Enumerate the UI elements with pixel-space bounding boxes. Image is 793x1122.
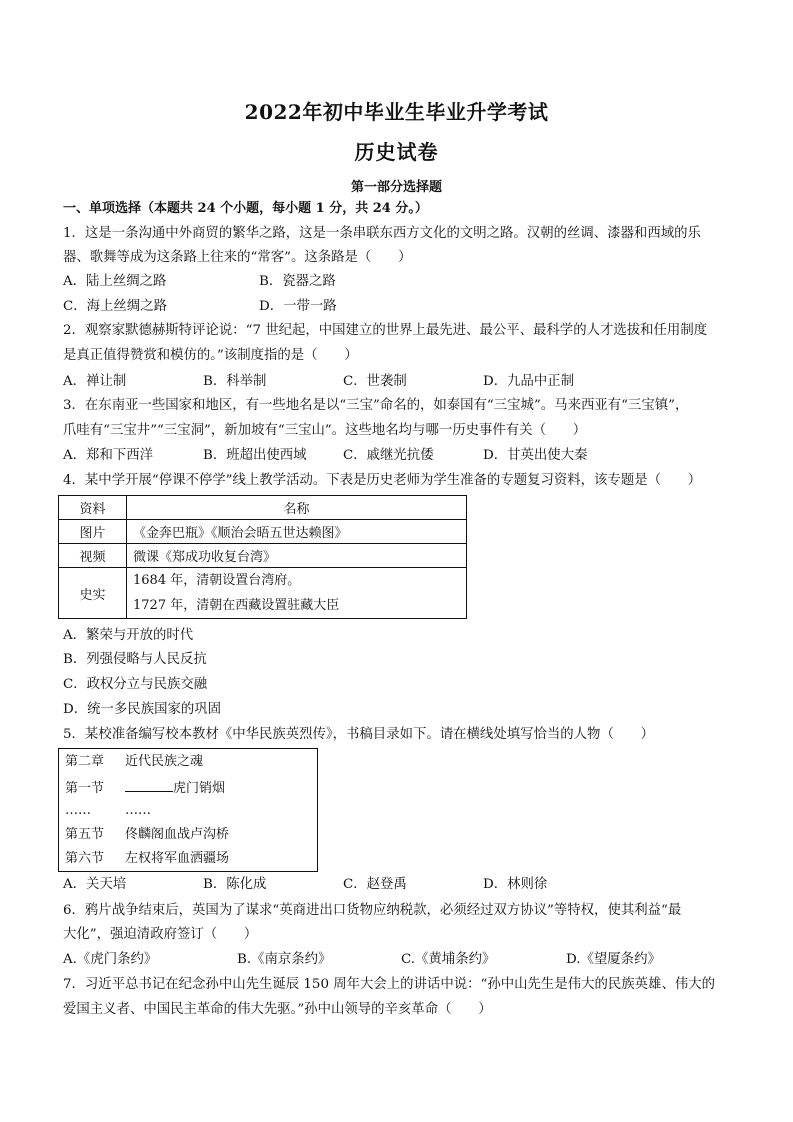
contents-row: ………… (65, 802, 151, 820)
question-stem-line: 4．某中学开展“停课不停学”线上教学活动。下表是历史老师为学生准备的专题复习资料… (63, 472, 701, 490)
contents-label: 第二章 (65, 753, 125, 771)
table-row: 图片 《金奔巴瓶》《顺治会晤五世达赖图》 (59, 520, 467, 544)
option-b: B．瓷器之路 (259, 273, 336, 291)
table-row: 史实 1684 年，清朝设置台湾府。 1727 年，清朝在西藏设置驻藏大臣 (59, 568, 467, 619)
exam-page: 2022年初中毕业生毕业升学考试 历史试卷 第一部分选择题 一、单项选择（本题共… (0, 0, 793, 1122)
row-content: 1684 年，清朝设置台湾府。 1727 年，清朝在西藏设置驻藏大臣 (127, 568, 467, 619)
contents-text: …… (125, 803, 151, 818)
exam-subtitle: 历史试卷 (0, 136, 793, 165)
contents-label: 第六节 (65, 850, 125, 868)
option-c: C．海上丝绸之路 (63, 298, 167, 316)
option-b: B．列强侵略与人民反抗 (63, 651, 207, 669)
question-stem-line: 是真正值得赞赏和模仿的。”该制度指的是（ ） (63, 347, 358, 365)
table-header-cell: 资料 (59, 496, 127, 520)
exam-title: 2022年初中毕业生毕业升学考试 (0, 96, 793, 125)
row-label: 史实 (59, 568, 127, 619)
option-b: B．陈化成 (203, 876, 266, 894)
row-content: 《金奔巴瓶》《顺治会晤五世达赖图》 (127, 520, 467, 544)
question-stem-line: 5．某校准备编写校本教材《中华民族英烈传》，书稿目录如下。请在横线处填写恰当的人… (63, 726, 654, 744)
contents-row: 第一节虎门销烟 (65, 778, 225, 798)
option-d: D．甘英出使大秦 (483, 447, 587, 465)
option-a: A.《虎门条约》 (63, 951, 157, 969)
question-stem-line: 1．这是一条沟通中外商贸的繁华之路，这是一条串联东西方文化的文明之路。汉朝的丝调… (63, 225, 701, 243)
option-c: C．戚继光抗倭 (343, 447, 434, 465)
row-label: 图片 (59, 520, 127, 544)
table-header-row: 资料 名称 (59, 496, 467, 520)
fill-in-blank (125, 778, 173, 792)
row-content-line: 1727 年，清朝在西藏设置驻藏大臣 (133, 593, 460, 618)
option-c: C．赵登禹 (343, 876, 407, 894)
option-b: B.《南京条约》 (237, 951, 331, 969)
option-b: B．班超出使西域 (203, 447, 307, 465)
row-label: 视频 (59, 544, 127, 568)
contents-text: 佟麟阁血战卢沟桥 (125, 827, 229, 842)
table-row: 视频 微课《郑成功收复台湾》 (59, 544, 467, 568)
contents-text: 左权将军血洒疆场 (125, 851, 229, 866)
option-d: D．林则徐 (483, 876, 547, 894)
contents-label: …… (65, 802, 125, 820)
question-stem-line: 爱国主义者、中国民主革命的伟大先驱。”孙中山领导的辛亥革命（ ） (63, 1001, 492, 1019)
option-d: D．统一多民族国家的巩固 (63, 701, 221, 719)
contents-text: 近代民族之魂 (125, 754, 203, 769)
question-stem-line: 器、歌舞等成为这条路上往来的“常客”。这条路是（ ） (63, 249, 411, 267)
option-a: A．郑和下西洋 (63, 447, 153, 465)
contents-label: 第五节 (65, 826, 125, 844)
contents-label: 第一节 (65, 780, 125, 798)
option-a: A．禅让制 (63, 373, 126, 391)
option-a: A．关天培 (63, 876, 126, 894)
option-d: D．九品中正制 (483, 373, 574, 391)
option-c: C.《黄埔条约》 (401, 951, 495, 969)
section-heading: 一、单项选择（本题共 24 个小题，每小题 1 分，共 24 分。） (63, 200, 428, 218)
question-stem-line: 6．鸦片战争结束后，英国为了谋求“英商进出口货物应纳税款，必须经过双方协议”等特… (63, 902, 681, 920)
part-heading: 第一部分选择题 (0, 176, 793, 195)
option-d: D.《望厦条约》 (566, 951, 661, 969)
option-a: A．陆上丝绸之路 (63, 273, 166, 291)
question-stem-line: 7．习近平总书记在纪念孙中山先生诞辰 150 周年大会上的讲话中说：“孙中山先生… (63, 976, 715, 994)
contents-row: 第二章近代民族之魂 (65, 753, 203, 771)
table-header-cell: 名称 (127, 496, 467, 520)
option-d: D．一带一路 (259, 298, 337, 316)
contents-box: 第二章近代民族之魂 第一节虎门销烟 ………… 第五节佟麟阁血战卢沟桥 第六节左权… (58, 748, 318, 872)
contents-row: 第五节佟麟阁血战卢沟桥 (65, 826, 229, 844)
row-content-line: 1684 年，清朝设置台湾府。 (133, 568, 460, 593)
option-a: A．繁荣与开放的时代 (63, 627, 193, 645)
question-stem-line: 2．观察家默德赫斯特评论说：“7 世纪起，中国建立的世界上最先进、最公平、最科学… (63, 322, 707, 340)
row-content: 微课《郑成功收复台湾》 (127, 544, 467, 568)
option-c: C．世袭制 (343, 373, 407, 391)
question-stem-line: 3．在东南亚一些国家和地区，有一些地名是以“三宝”命名的，如泰国有“三宝城”。马… (63, 397, 688, 415)
option-b: B．科举制 (203, 373, 266, 391)
question-stem-line: 大化”，强迫清政府签订（ ） (63, 926, 257, 944)
question-stem-line: 爪哇有“三宝井”“三宝洞”，新加坡有“三宝山”。这些地名均与哪一历史事件有关（ … (63, 422, 586, 440)
option-c: C．政权分立与民族交融 (63, 676, 207, 694)
contents-text: 虎门销烟 (173, 781, 225, 796)
contents-row: 第六节左权将军血洒疆场 (65, 850, 229, 868)
resource-table: 资料 名称 图片 《金奔巴瓶》《顺治会晤五世达赖图》 视频 微课《郑成功收复台湾… (58, 495, 467, 619)
